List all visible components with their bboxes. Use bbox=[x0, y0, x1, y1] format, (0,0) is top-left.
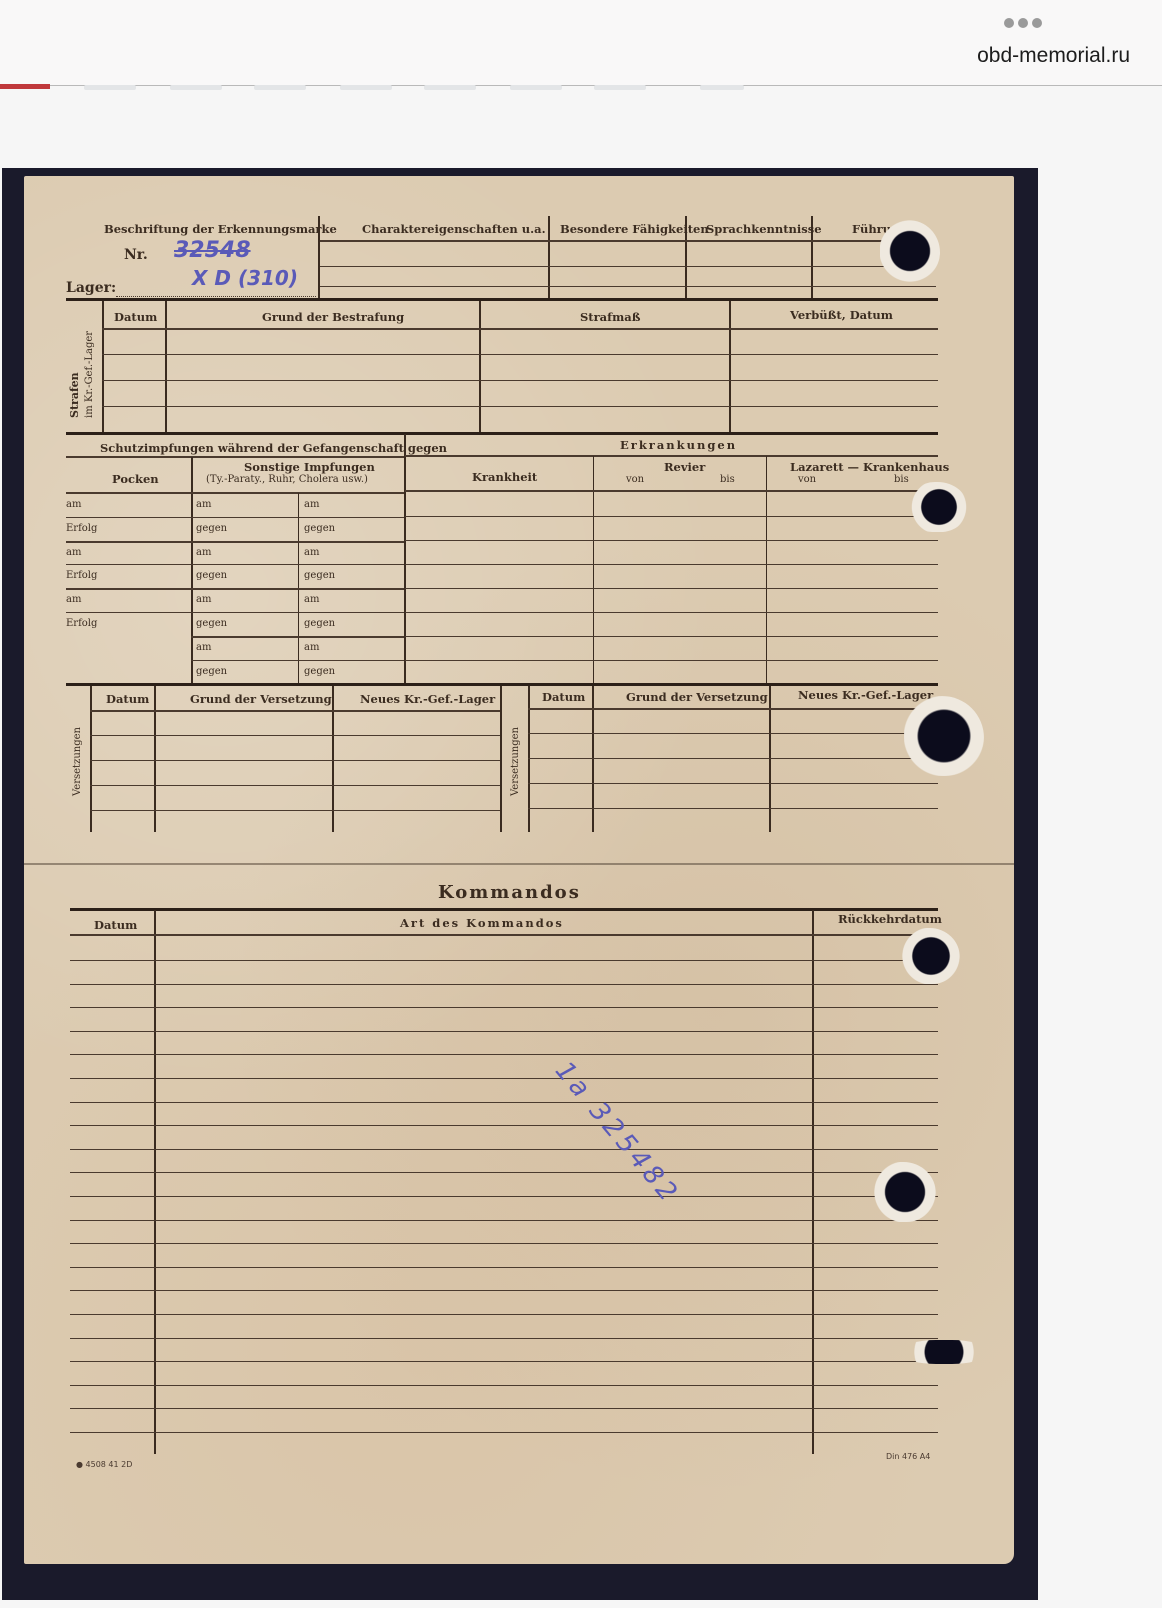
ruled-line bbox=[405, 516, 938, 517]
lazarett-bis: bis bbox=[894, 474, 909, 485]
ruled-line bbox=[405, 636, 938, 637]
impfungen-title: Schutzimpfungen während der Gefangenscha… bbox=[100, 441, 447, 455]
ruled-line bbox=[70, 1102, 938, 1103]
col-revier: Revier bbox=[664, 460, 705, 474]
impfung-cell: gegen bbox=[196, 666, 227, 677]
ruled-line bbox=[70, 1220, 938, 1221]
ruled-line bbox=[528, 733, 938, 734]
ruled-line bbox=[528, 808, 938, 809]
impfung-cell: gegen bbox=[304, 523, 335, 534]
ruled-line bbox=[66, 517, 404, 518]
punch-hole bbox=[910, 482, 968, 532]
ruled-line bbox=[528, 708, 938, 710]
tab-placeholder[interactable] bbox=[254, 85, 306, 90]
col-charakter: Charaktereigenschaften u.a. bbox=[362, 222, 546, 236]
punch-hole bbox=[902, 928, 960, 984]
paper-tear bbox=[904, 1340, 984, 1364]
col-datum: Datum bbox=[94, 918, 137, 932]
lager-dotted-line bbox=[116, 296, 316, 297]
ruled-line bbox=[405, 660, 938, 661]
impfung-cell: am bbox=[304, 594, 319, 605]
ruled-line bbox=[70, 1361, 938, 1362]
ruled-line bbox=[70, 1338, 938, 1339]
tab-placeholder[interactable] bbox=[594, 85, 646, 90]
impfung-cell: am bbox=[66, 547, 81, 558]
impfung-cell: am bbox=[304, 499, 319, 510]
tab-placeholder[interactable] bbox=[170, 85, 222, 90]
impfung-cell: gegen bbox=[304, 570, 335, 581]
ruled-line bbox=[405, 540, 938, 541]
ruled-line bbox=[405, 612, 938, 613]
impfung-cell: am bbox=[196, 499, 211, 510]
col-datum-right: Datum bbox=[542, 690, 585, 704]
revier-von: von bbox=[626, 474, 644, 485]
impfung-cell: gegen bbox=[196, 523, 227, 534]
strafen-label: Strafen bbox=[68, 372, 81, 418]
ruled-line bbox=[90, 785, 500, 786]
ruled-line bbox=[70, 1125, 938, 1126]
sonstige-sublabel: (Ty.-Paraty., Ruhr, Cholera usw.) bbox=[206, 474, 368, 485]
ruled-line bbox=[66, 541, 404, 543]
impfung-cell: Erfolg bbox=[66, 523, 97, 534]
divider bbox=[318, 216, 320, 300]
impfung-cell: am bbox=[196, 594, 211, 605]
impfung-cell: am bbox=[66, 499, 81, 510]
ruled-line bbox=[90, 710, 500, 712]
ruled-line bbox=[405, 564, 938, 565]
ruled-line bbox=[70, 1149, 938, 1150]
punch-hole bbox=[874, 1162, 936, 1222]
ruled-line bbox=[70, 1290, 938, 1291]
tab-placeholder[interactable] bbox=[340, 85, 392, 90]
ruled-line bbox=[528, 758, 938, 759]
col-sprachen: Sprachkenntnisse bbox=[706, 222, 822, 236]
col-grund-left: Grund der Versetzung bbox=[190, 692, 332, 706]
ruled-line bbox=[66, 612, 404, 613]
tag-label: Beschriftung der Erkennungsmarke bbox=[104, 222, 337, 236]
impfung-cell: gegen bbox=[196, 570, 227, 581]
col-krankheit: Krankheit bbox=[472, 470, 537, 484]
tab-placeholder[interactable] bbox=[424, 85, 476, 90]
lager-label: Lager: bbox=[66, 280, 116, 296]
ruled-line bbox=[70, 1031, 938, 1032]
format-code: Din 476 A4 bbox=[886, 1452, 930, 1461]
versetzungen-side-label-left: Versetzungen bbox=[72, 727, 83, 796]
ruled-line bbox=[70, 984, 938, 985]
sonstige-label: Sonstige Impfungen bbox=[244, 460, 375, 474]
nr-label: Nr. bbox=[124, 247, 148, 263]
impfung-cell: am bbox=[196, 547, 211, 558]
print-code-text: 4508 41 2D bbox=[86, 1460, 133, 1469]
site-domain: obd-memorial.ru bbox=[977, 44, 1130, 68]
tab-placeholder[interactable] bbox=[84, 85, 136, 90]
ruled-line bbox=[70, 1432, 938, 1433]
ruled-line bbox=[70, 1172, 938, 1173]
versetzungen-side-label-right: Versetzungen bbox=[510, 727, 521, 796]
impfung-cell: Erfolg bbox=[66, 618, 97, 629]
impfung-cell: am bbox=[66, 594, 81, 605]
pow-card-back: Beschriftung der Erkennungsmarke Nr. 325… bbox=[24, 176, 1014, 1564]
col-verbuesst: Verbüßt, Datum bbox=[790, 308, 893, 322]
ruled-line bbox=[90, 735, 500, 736]
kommandos-title: Kommandos bbox=[438, 882, 581, 903]
divider bbox=[685, 216, 687, 300]
punch-hole bbox=[880, 220, 940, 282]
ruled-line bbox=[405, 588, 938, 589]
impfung-cell: gegen bbox=[304, 618, 335, 629]
handwritten-note: 1a 325482 bbox=[549, 1056, 685, 1210]
col-strafmass: Strafmaß bbox=[580, 310, 640, 324]
pocken-label: Pocken bbox=[112, 472, 159, 486]
nr-value: 32548 bbox=[174, 238, 251, 263]
col-neues-lager-left: Neues Kr.-Gef.-Lager bbox=[360, 692, 495, 706]
col-rueckkehrdatum: Rückkehrdatum bbox=[838, 912, 942, 926]
impfung-cell: am bbox=[196, 642, 211, 653]
ruled-line bbox=[70, 1385, 938, 1386]
more-dots-icon[interactable] bbox=[1004, 18, 1042, 28]
ruled-line bbox=[66, 564, 404, 565]
ruled-line bbox=[191, 660, 404, 661]
print-code: ● 4508 41 2D bbox=[76, 1460, 132, 1469]
col-lazarett: Lazarett — Krankenhaus bbox=[790, 460, 949, 474]
divider bbox=[811, 216, 813, 300]
impfung-cell: gegen bbox=[196, 618, 227, 629]
ruled-line bbox=[66, 588, 404, 590]
impfung-cell: gegen bbox=[304, 666, 335, 677]
strafen-side-label: Strafen bbox=[68, 372, 81, 418]
lager-value: X D (310) bbox=[192, 266, 298, 290]
col-datum: Datum bbox=[114, 310, 157, 324]
ruled-line bbox=[90, 760, 500, 761]
col-grund-bestrafung: Grund der Bestrafung bbox=[262, 310, 404, 324]
ruled-line bbox=[70, 1196, 938, 1197]
strafen-side-sublabel: im Kr.-Gef.-Lager bbox=[84, 331, 95, 418]
ruled-line bbox=[70, 1054, 938, 1055]
ruled-line bbox=[70, 1408, 938, 1409]
active-tab-indicator[interactable] bbox=[0, 84, 50, 89]
impfung-cell: am bbox=[304, 642, 319, 653]
divider bbox=[548, 216, 550, 300]
ruled-line bbox=[70, 960, 938, 961]
lazarett-von: von bbox=[798, 474, 816, 485]
ruled-line bbox=[70, 1243, 938, 1244]
scanned-document: Beschriftung der Erkennungsmarke Nr. 325… bbox=[2, 168, 1038, 1600]
erkrankungen-title: Erkrankungen bbox=[620, 438, 737, 452]
col-neues-lager-right: Neues Kr.-Gef.-Lager bbox=[798, 688, 933, 702]
col-art-kommandos: Art des Kommandos bbox=[400, 916, 564, 930]
impfung-cell: Erfolg bbox=[66, 570, 97, 581]
tab-placeholder[interactable] bbox=[700, 85, 744, 90]
col-grund-right: Grund der Versetzung bbox=[626, 690, 768, 704]
ruled-line bbox=[191, 636, 404, 638]
ruled-line bbox=[70, 1267, 938, 1268]
punch-hole bbox=[904, 696, 984, 776]
impfung-cell: am bbox=[304, 547, 319, 558]
ruled-line bbox=[90, 810, 500, 811]
ruled-line bbox=[528, 783, 938, 784]
browser-top-bar: obd-memorial.ru bbox=[0, 0, 1162, 86]
col-datum-left: Datum bbox=[106, 692, 149, 706]
ruled-line bbox=[70, 1007, 938, 1008]
ruled-line bbox=[70, 1078, 938, 1079]
tab-placeholder[interactable] bbox=[510, 85, 562, 90]
ruled-line bbox=[70, 1314, 938, 1315]
revier-bis: bis bbox=[720, 474, 735, 485]
